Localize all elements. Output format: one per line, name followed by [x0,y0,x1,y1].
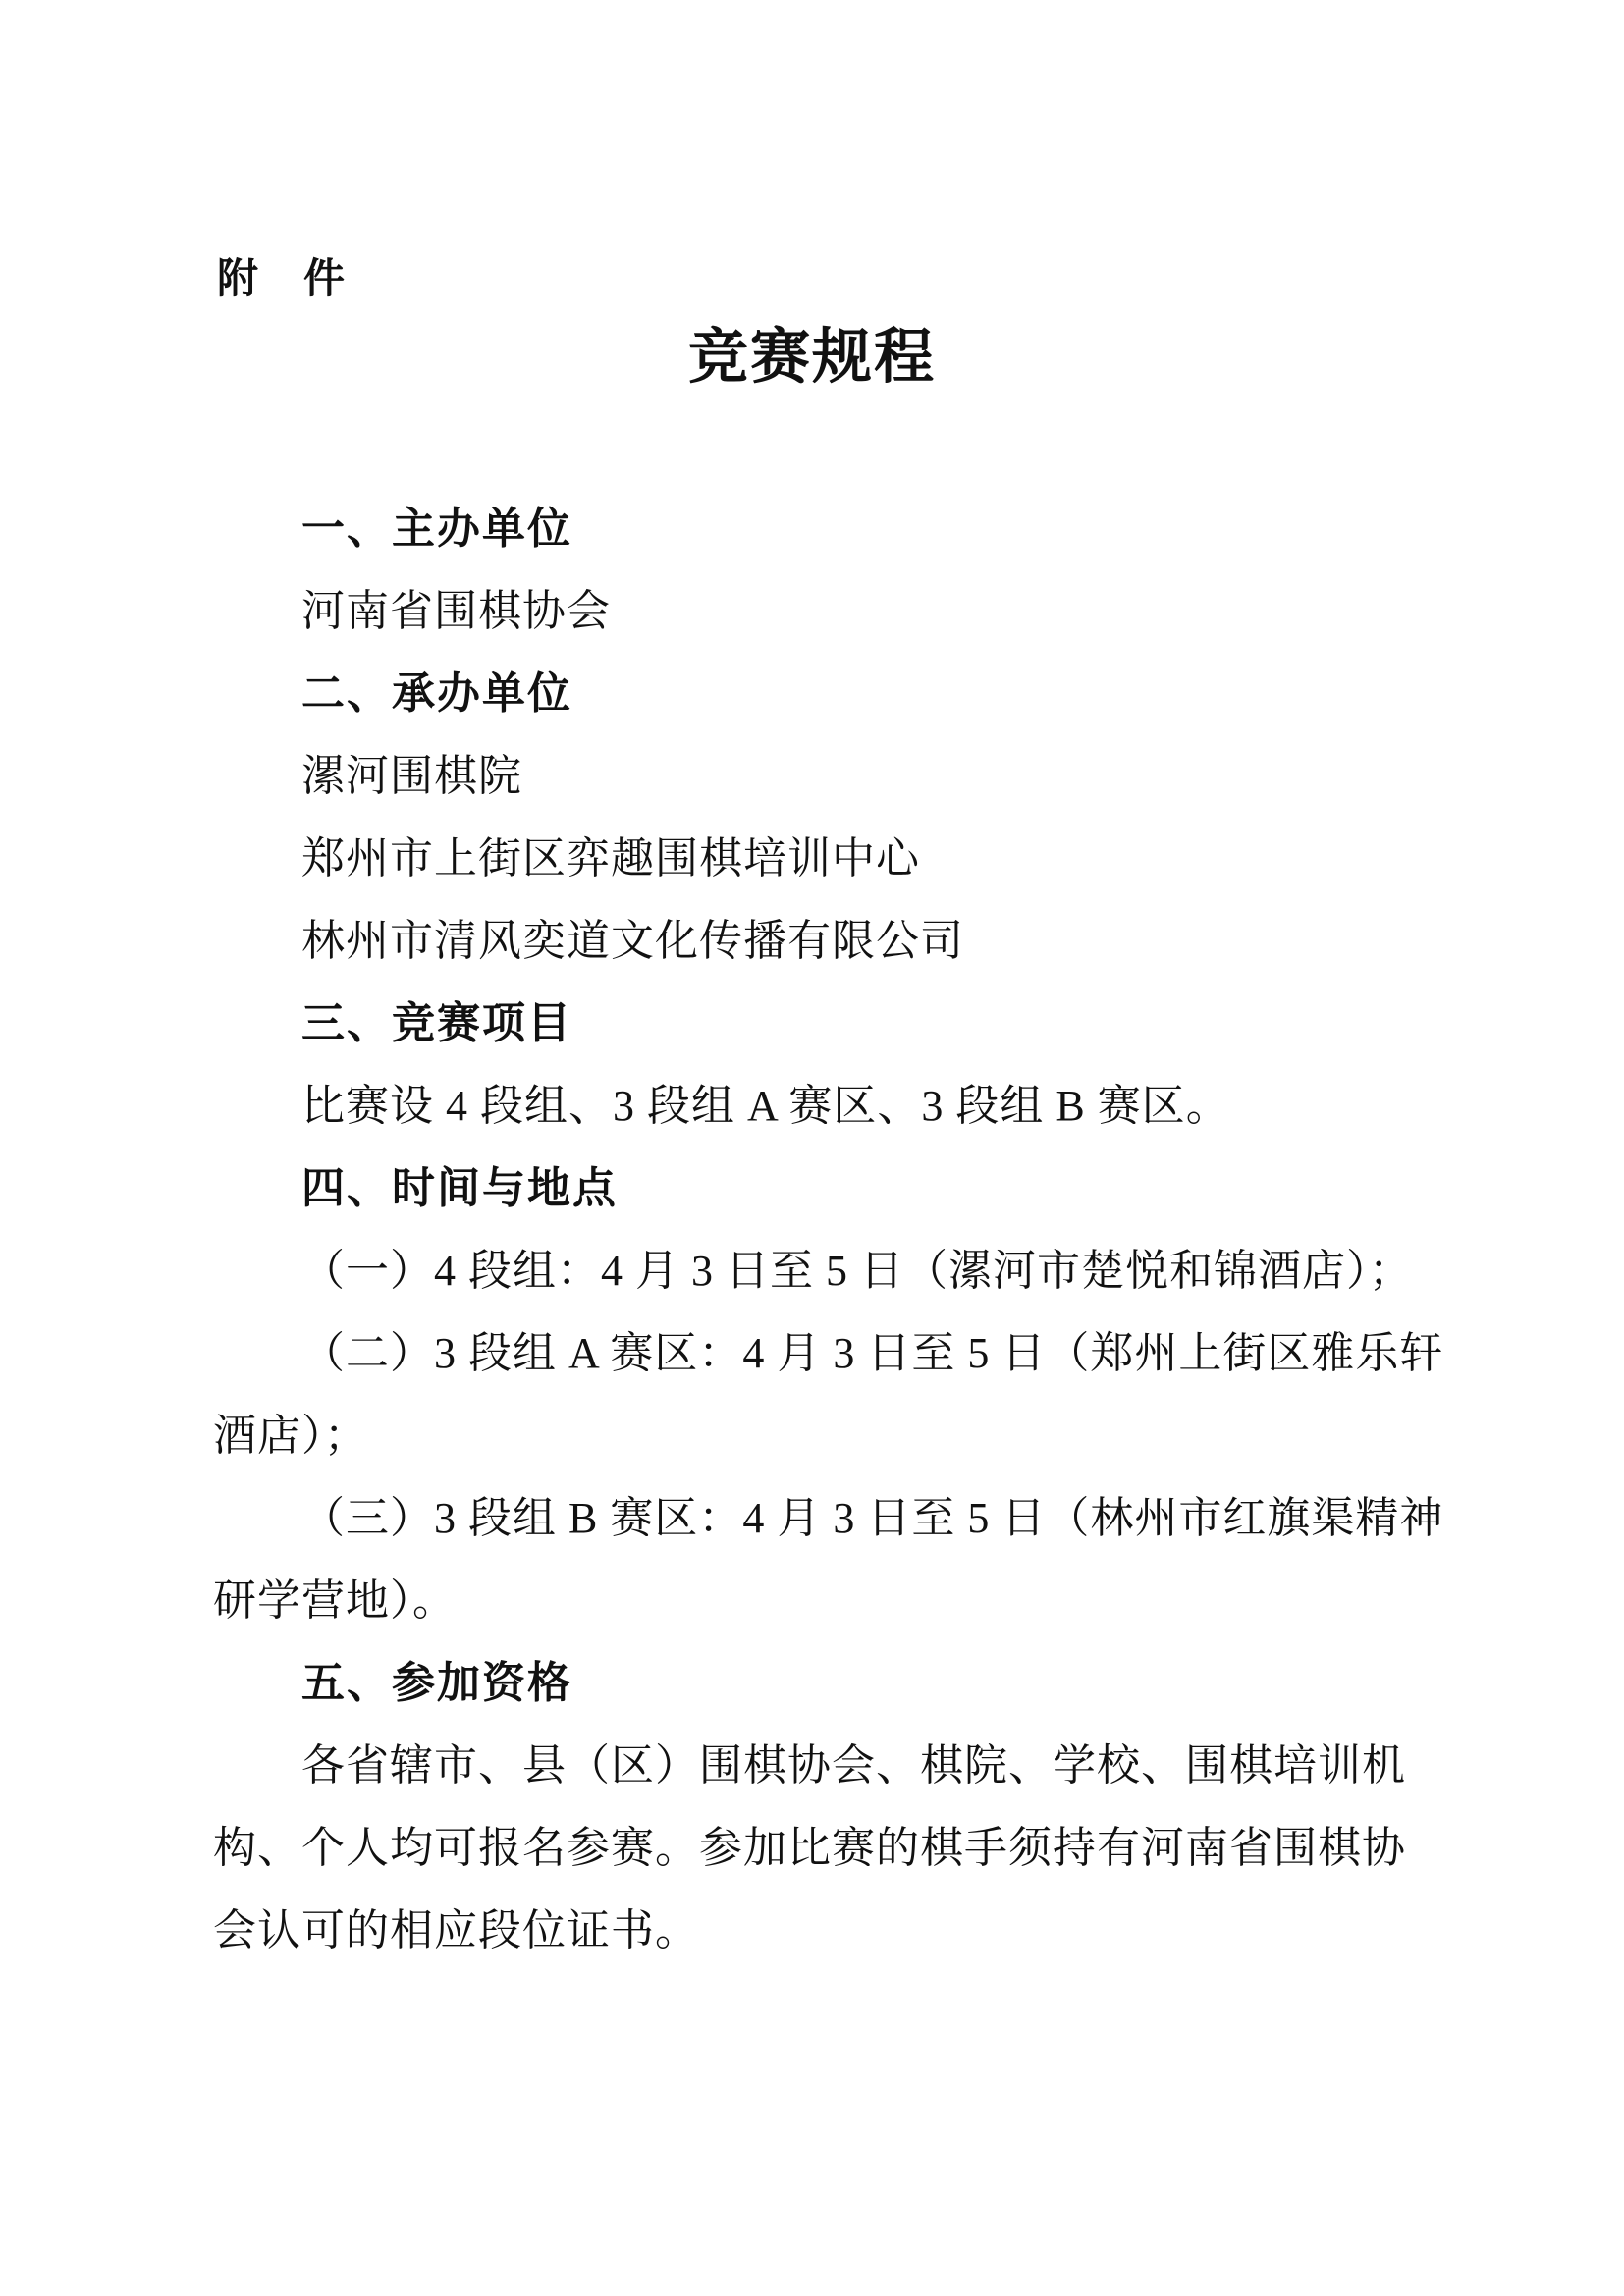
body-line-eligibility-2: 构、个人均可报名参赛。参加比赛的棋手须持有河南省围棋协 [213,1807,1442,1890]
attachment-label: 附 件 [217,258,347,299]
body-line-host-3: 林州市清风奕道文化传播有限公司 [213,900,1442,983]
body-line-host-2: 郑州市上街区弈趣围棋培训中心 [213,818,1442,900]
section-heading-eligibility: 五、参加资格 [213,1642,1442,1725]
body-line-time-place-3a: （三）3 段组 B 赛区：4 月 3 日至 5 日（林州市红旗渠精神 [213,1477,1442,1560]
body-line-time-place-1: （一）4 段组：4 月 3 日至 5 日（漯河市楚悦和锦酒店）； [213,1230,1442,1312]
body-line-time-place-2a: （二）3 段组 A 赛区：4 月 3 日至 5 日（郑州上街区雅乐轩 [213,1312,1442,1395]
body-line-host-1: 漯河围棋院 [213,735,1442,818]
body-line-eligibility-1: 各省辖市、县（区）围棋协会、棋院、学校、围棋培训机 [213,1725,1442,1807]
document-page: 附 件 竞赛规程 一、主办单位 河南省围棋协会 二、承办单位 漯河围棋院 郑州市… [0,0,1624,2296]
section-heading-time-place: 四、时间与地点 [213,1148,1442,1230]
document-title: 竞赛规程 [0,327,1624,387]
body-line-time-place-2b: 酒店）； [213,1395,1442,1477]
body-line-organizer-name: 河南省围棋协会 [213,570,1442,653]
section-heading-organizer: 一、主办单位 [213,488,1442,570]
section-heading-host: 二、承办单位 [213,653,1442,735]
document-body: 一、主办单位 河南省围棋协会 二、承办单位 漯河围棋院 郑州市上街区弈趣围棋培训… [213,488,1442,1972]
section-heading-events: 三、竞赛项目 [213,983,1442,1065]
body-line-time-place-3b: 研学营地）。 [213,1560,1442,1642]
body-line-events: 比赛设 4 段组、3 段组 A 赛区、3 段组 B 赛区。 [213,1065,1442,1148]
body-line-eligibility-3: 会认可的相应段位证书。 [213,1890,1442,1972]
